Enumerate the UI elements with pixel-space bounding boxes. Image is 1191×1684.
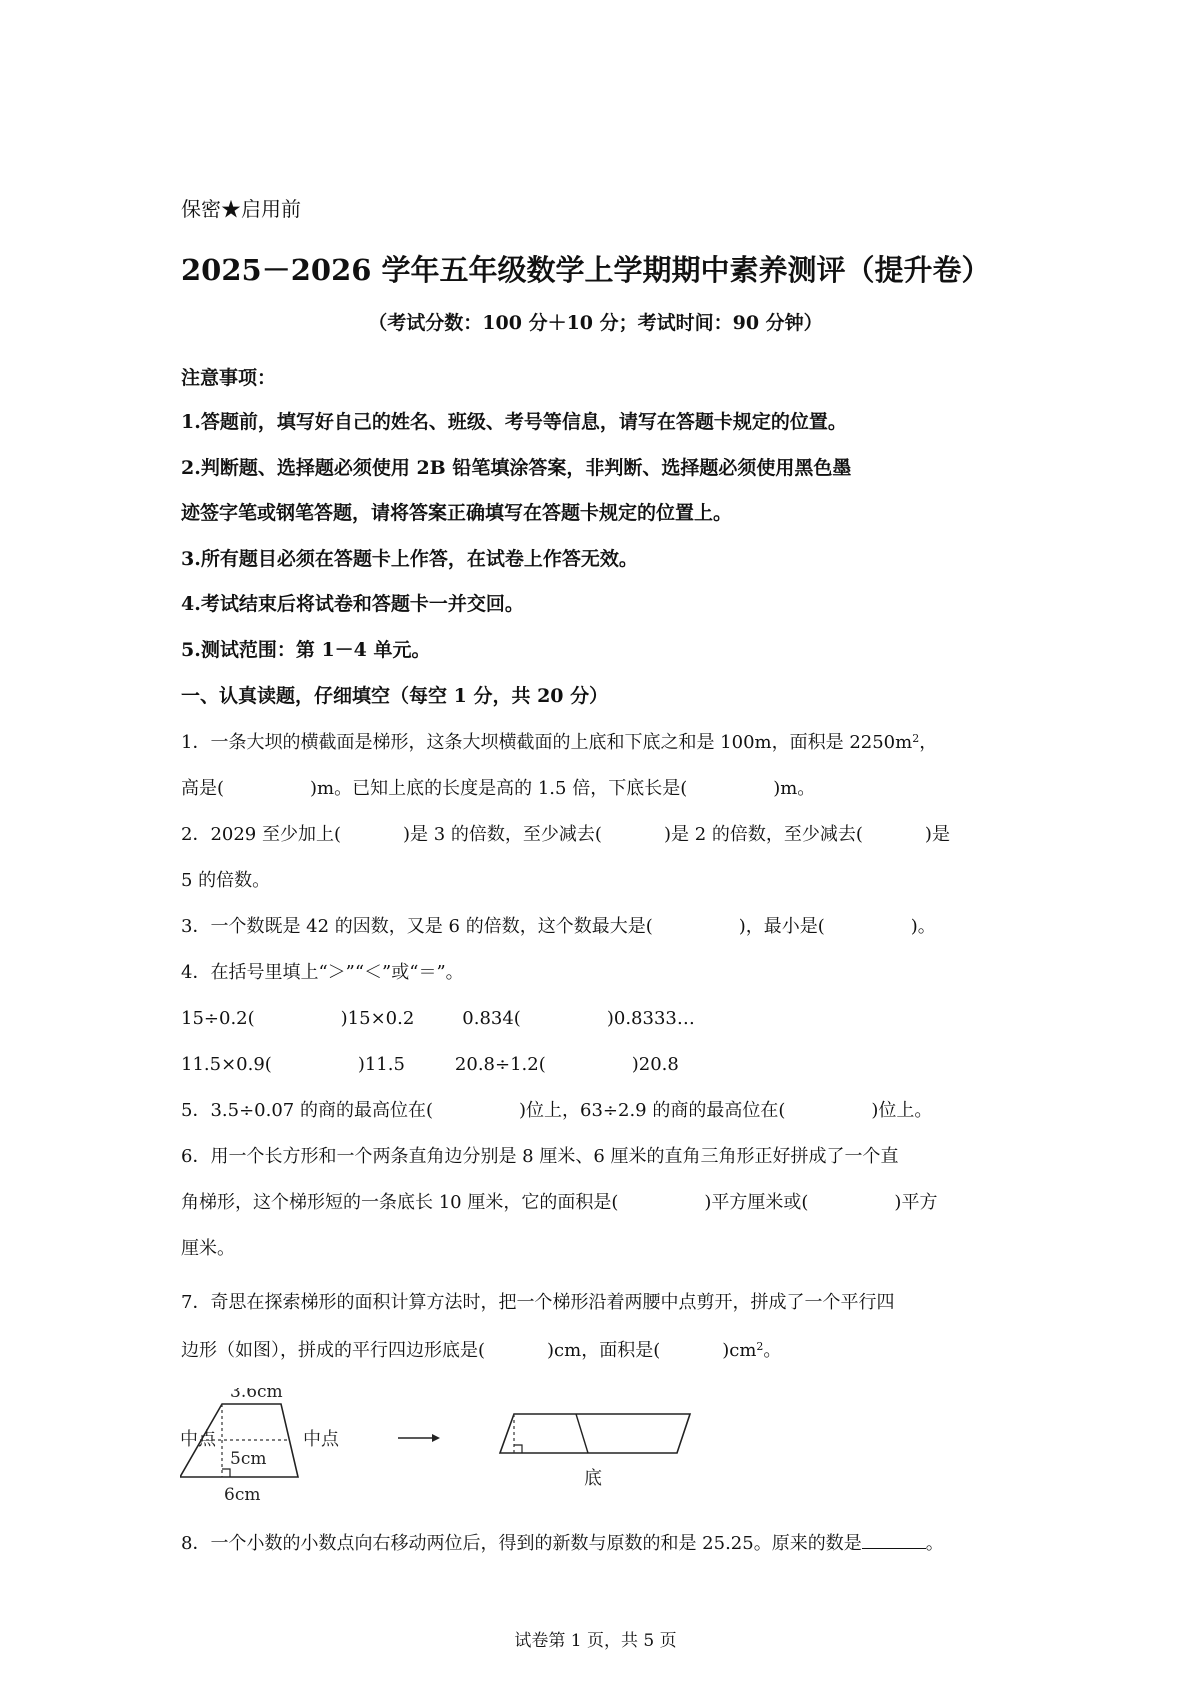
question-6-line-2: 角梯形，这个梯形短的一条底长 10 厘米，它的面积是()平方厘米或()平方 (181, 1190, 937, 1216)
q7-text-a: 边形（如图），拼成的平行四边形底是( (181, 1340, 485, 1361)
q4-expr: 11.5×0.9( (181, 1054, 272, 1075)
question-7-line-1: 7．奇思在探索梯形的面积计算方法时，把一个梯形沿着两腰中点剪开，拼成了一个平行四 (181, 1290, 894, 1316)
top-label: 3.6cm (230, 1388, 283, 1402)
question-1-line-1: 1．一条大坝的横截面是梯形，这条大坝横截面的上底和下底之和是 100m，面积是 … (181, 730, 937, 756)
mid-label: 5cm (230, 1449, 266, 1469)
right-midpoint-label: 中点 (303, 1429, 340, 1450)
left-midpoint-label: 中点 (180, 1429, 217, 1450)
notice-item-2-cont: 迹签字笔或钢笔答题，请将答案正确填写在答题卡规定的位置上。 (181, 500, 732, 526)
answer-underline-blank[interactable] (862, 1530, 926, 1549)
q8-text: 8．一个小数的小数点向右移动两位后，得到的新数与原数的和是 25.25。原来的数… (181, 1533, 862, 1554)
exam-page: 保密★启用前 2025－2026 学年五年级数学上学期期中素养测评（提升卷） （… (0, 0, 1191, 1684)
question-6-line-3: 厘米。 (181, 1236, 235, 1262)
question-4-stem: 4．在括号里填上“＞”“＜”或“＝”。 (181, 960, 464, 986)
q3-text-a: 3．一个数既是 42 的因数，又是 6 的倍数，这个数最大是( (181, 916, 653, 937)
question-4-row-1: 15÷0.2()15×0.20.834()0.8333… (181, 1006, 695, 1032)
q1-superscript: 2 (912, 732, 919, 745)
question-1-line-2: 高是()m。已知上底的长度是高的 1.5 倍，下底长是()m。 (181, 776, 815, 802)
page-footer: 试卷第 1 页，共 5 页 (0, 1626, 1191, 1651)
q7-punct: 。 (763, 1340, 781, 1361)
q7-superscript: 2 (756, 1340, 763, 1353)
q1-text-c: )m。 (773, 778, 815, 799)
q5-text-a: 5．3.5÷0.07 的商的最高位在( (181, 1100, 433, 1121)
bottom-label: 6cm (224, 1485, 260, 1505)
q1-text: 1．一条大坝的横截面是梯形，这条大坝横截面的上底和下底之和是 100m，面积是 … (181, 732, 912, 753)
notice-item-2: 2.判断题、选择题必须使用 2B 铅笔填涂答案，非判断、选择题必须使用黑色墨 (181, 455, 851, 481)
q2-text-c: )是 2 的倍数，至少减去( (664, 824, 863, 845)
question-3: 3．一个数既是 42 的因数，又是 6 的倍数，这个数最大是()，最小是()。 (181, 914, 936, 940)
q6-text-c: )平方 (894, 1192, 937, 1213)
right-angle-mark (222, 1469, 230, 1477)
exam-title: 2025－2026 学年五年级数学上学期期中素养测评（提升卷） (181, 252, 991, 288)
section-heading: 一、认真读题，仔细填空（每空 1 分，共 20 分） (181, 683, 608, 709)
notice-item-3: 3.所有题目必须在答题卡上作答，在试卷上作答无效。 (181, 546, 638, 572)
q6-text-a: 角梯形，这个梯形短的一条底长 10 厘米，它的面积是( (181, 1192, 618, 1213)
q8-punct: 。 (926, 1533, 944, 1554)
question-5: 5．3.5÷0.07 的商的最高位在()位上，63÷2.9 的商的最高位在()位… (181, 1098, 932, 1124)
q4-expr: 15÷0.2( (181, 1008, 255, 1029)
q7-text-b: )cm，面积是( (547, 1340, 660, 1361)
q4-expr: 20.8÷1.2( (455, 1054, 546, 1075)
base-label: 底 (584, 1468, 602, 1489)
q4-expr: )0.8333… (607, 1008, 695, 1029)
exam-subtitle: （考试分数：100 分＋10 分；考试时间：90 分钟） (0, 310, 1191, 336)
q4-expr: )20.8 (632, 1054, 679, 1075)
question-7-line-2: 边形（如图），拼成的平行四边形底是()cm，面积是()cm2。 (181, 1338, 781, 1364)
q5-text-b: )位上，63÷2.9 的商的最高位在( (519, 1100, 785, 1121)
cut-line (576, 1414, 588, 1453)
arrow-head-icon (432, 1434, 440, 1442)
q2-text-d: )是 (925, 824, 950, 845)
question-4-row-2: 11.5×0.9()11.520.8÷1.2()20.8 (181, 1052, 679, 1078)
question-8: 8．一个小数的小数点向右移动两位后，得到的新数与原数的和是 25.25。原来的数… (181, 1530, 944, 1557)
notice-item-5: 5.测试范围：第 1－4 单元。 (181, 637, 431, 663)
q3-text-b: )，最小是( (739, 916, 825, 937)
q7-text-c: )cm (722, 1340, 756, 1361)
right-angle-mark (514, 1445, 522, 1453)
q6-text-b: )平方厘米或( (704, 1192, 808, 1213)
q4-expr: )15×0.2 (341, 1008, 415, 1029)
q2-text-b: )是 3 的倍数，至少减去( (403, 824, 602, 845)
confidential-mark: 保密★启用前 (181, 196, 301, 222)
trapezoid-figure: 3.6cm 中点 中点 5cm 6cm 底 (180, 1388, 800, 1508)
parallelogram-shape (500, 1414, 690, 1453)
q5-text-c: )位上。 (871, 1100, 932, 1121)
q2-text-a: 2．2029 至少加上( (181, 824, 341, 845)
question-2-line-1: 2．2029 至少加上()是 3 的倍数，至少减去()是 2 的倍数，至少减去(… (181, 822, 950, 848)
q1-text-b: )m。已知上底的长度是高的 1.5 倍，下底长是( (310, 778, 687, 799)
notice-item-4: 4.考试结束后将试卷和答题卡一并交回。 (181, 591, 524, 617)
notice-item-1: 1.答题前，填写好自己的姓名、班级、考号等信息，请写在答题卡规定的位置。 (181, 409, 847, 435)
q1-text-a: 高是( (181, 778, 224, 799)
q1-punct: ， (919, 732, 937, 753)
notice-heading: 注意事项： (181, 365, 276, 391)
question-2-line-2: 5 的倍数。 (181, 868, 270, 894)
q4-expr: 0.834( (462, 1008, 521, 1029)
q3-text-c: )。 (911, 916, 936, 937)
question-6-line-1: 6．用一个长方形和一个两条直角边分别是 8 厘米、6 厘米的直角三角形正好拼成了… (181, 1144, 899, 1170)
q4-expr: )11.5 (358, 1054, 405, 1075)
